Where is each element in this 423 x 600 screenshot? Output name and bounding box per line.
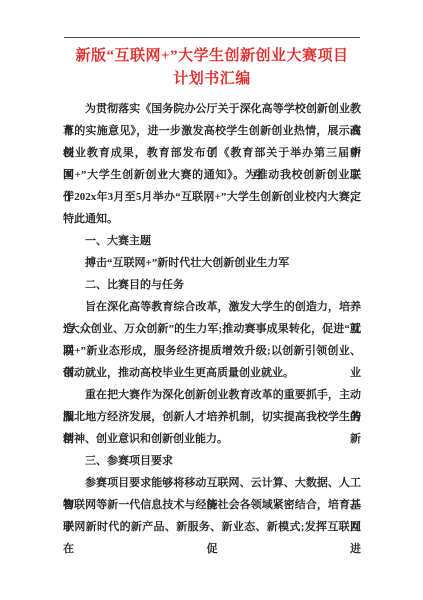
paragraph: 旨在深化高等教育综合改革，激发大学生的创造力，培养造就“大众创业、万众创新”的生… bbox=[63, 296, 361, 384]
text-line: 重在把大赛作为深化创新创业教育改革的重要抓手，主动服务 bbox=[63, 384, 361, 406]
title-line-1: 新版“互联网+”大学生创新创业大赛项目 bbox=[63, 45, 361, 68]
text-line: 联网新时代的新产品、新服务、新业态、新模式;发挥互联网在促进 bbox=[63, 516, 361, 538]
title-line-2: 计划书汇编 bbox=[63, 68, 361, 91]
paragraph: 参赛项目要求能够将移动互联网、云计算、大数据、人工智能、物联网等新一代信息技术与… bbox=[63, 472, 361, 538]
text-line: 三、参赛项目要求 bbox=[63, 450, 361, 472]
paragraph: 重在把大赛作为深化创新创业教育改革的重要抓手，主动服务湖北地方经济发展，创新人才… bbox=[63, 384, 361, 450]
text-line: 特此通知。 bbox=[63, 208, 361, 230]
text-line: 物联网等新一代信息技术与经济社会各领域紧密结合，培育基于互 bbox=[63, 494, 361, 516]
document-title: 新版“互联网+”大学生创新创业大赛项目 计划书汇编 bbox=[63, 45, 361, 91]
document-page: 新版“互联网+”大学生创新创业大赛项目 计划书汇编 为贯彻落实《国务院办公厅关于… bbox=[0, 0, 423, 600]
text-line: 网+”新业态形成，服务经济提质增效升级;以创新引领创业、创业 bbox=[63, 340, 361, 362]
text-line: 创业教育成果，教育部发布了《教育部关于举办第三届中国“互联 bbox=[63, 142, 361, 164]
text-line: 参赛项目要求能够将移动互联网、云计算、大数据、人工智能、 bbox=[63, 472, 361, 494]
paragraph: 搏击“互联网+”新时代壮大创新创业生力军 bbox=[63, 252, 361, 274]
text-line: 革的实施意见》，进一步激发高校学生创新创业热情，展示高校创新 bbox=[63, 120, 361, 142]
text-line: 一、大赛主题 bbox=[63, 230, 361, 252]
paragraph: 为贯彻落实《国务院办公厅关于深化高等学校创新创业教育改革的实施意见》，进一步激发… bbox=[63, 98, 361, 230]
section-heading: 三、参赛项目要求 bbox=[63, 450, 361, 472]
text-line: 网+”大学生创新创业大赛的通知》。为推动我校创新创业工作，定 bbox=[63, 164, 361, 186]
section-heading: 一、大赛主题 bbox=[63, 230, 361, 252]
text-line: “大众创业、万众创新”的生力军;推动赛事成果转化，促进“互联 bbox=[63, 318, 361, 340]
section-heading: 二、比赛目的与任务 bbox=[63, 274, 361, 296]
document-body: 为贯彻落实《国务院办公厅关于深化高等学校创新创业教育改革的实施意见》，进一步激发… bbox=[63, 98, 361, 538]
text-line: 于202x年3月至5月举办“互联网+”大学生创新创业校内大赛， bbox=[63, 186, 361, 208]
text-line: 为贯彻落实《国务院办公厅关于深化高等学校创新创业教育改 bbox=[63, 98, 361, 120]
text-line: 旨在深化高等教育综合改革，激发大学生的创造力，培养造就 bbox=[63, 296, 361, 318]
text-line: 二、比赛目的与任务 bbox=[63, 274, 361, 296]
header-divider bbox=[64, 37, 360, 38]
text-line: 搏击“互联网+”新时代壮大创新创业生力军 bbox=[63, 252, 361, 274]
text-line: 湖北地方经济发展，创新人才培养机制，切实提高我校学生的创新 bbox=[63, 406, 361, 428]
